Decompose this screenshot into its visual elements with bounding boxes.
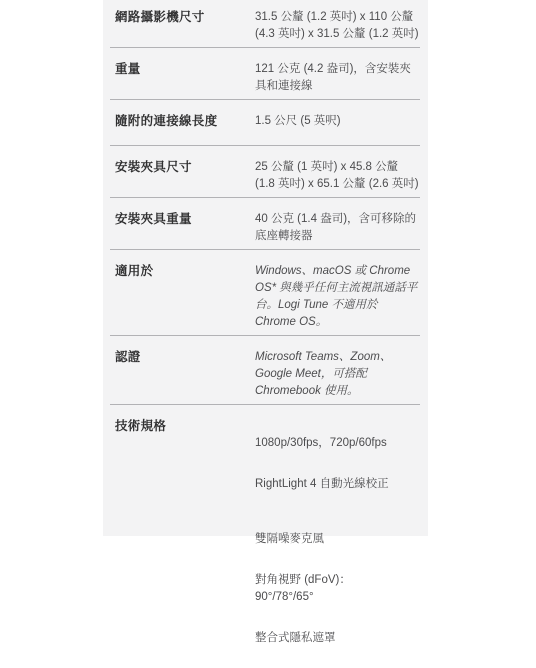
spec-row-webcam-dimensions: 網路攝影機尺寸 31.5 公釐 (1.2 英吋) x 110 公釐 (4.3 英… xyxy=(110,0,420,48)
spec-row-mounting-clip-weight: 安裝夾具重量 40 公克 (1.4 盎司)，含可移除的底座轉接器 xyxy=(110,198,420,250)
spec-value: 31.5 公釐 (1.2 英吋) x 110 公釐 (4.3 英吋) x 31.… xyxy=(255,9,420,43)
spec-table: 網路攝影機尺寸 31.5 公釐 (1.2 英吋) x 110 公釐 (4.3 英… xyxy=(103,0,428,536)
spec-value: 25 公釐 (1 英吋) x 45.8 公釐 (1.8 英吋) x 65.1 公… xyxy=(255,159,420,193)
spec-label: 隨附的連接線長度 xyxy=(110,113,255,130)
spec-label: 認證 xyxy=(110,349,255,366)
spec-value: 121 公克 (4.2 盎司)，含安裝夾具和連接線 xyxy=(255,61,420,95)
spec-label: 安裝夾具尺寸 xyxy=(110,159,255,176)
spec-row-mounting-clip-dimensions: 安裝夾具尺寸 25 公釐 (1 英吋) x 45.8 公釐 (1.8 英吋) x… xyxy=(110,146,420,198)
spec-label: 安裝夾具重量 xyxy=(110,211,255,228)
spec-label: 技術規格 xyxy=(110,418,255,435)
spec-paragraph-resolution: 1080p/30fps，720p/60fps xyxy=(255,435,420,452)
spec-value: Microsoft Teams、Zoom、Google Meet，可搭配 Chr… xyxy=(255,349,420,400)
spec-value: Windows、macOS 或 Chrome OS* 與幾乎任何主流視訊通話平台… xyxy=(255,263,420,331)
spec-paragraph-microphones: 雙隔噪麥克風 xyxy=(255,531,420,536)
spec-row-weight: 重量 121 公克 (4.2 盎司)，含安裝夾具和連接線 xyxy=(110,48,420,100)
spec-value: 1.5 公尺 (5 英呎) xyxy=(255,113,420,130)
spec-label: 網路攝影機尺寸 xyxy=(110,9,255,26)
spec-value: 1080p/30fps，720p/60fps RightLight 4 自動光線… xyxy=(255,418,420,536)
spec-label: 適用於 xyxy=(110,263,255,280)
spec-row-technical-specs: 技術規格 1080p/30fps，720p/60fps RightLight 4… xyxy=(110,405,420,536)
spec-row-cable-length: 隨附的連接線長度 1.5 公尺 (5 英呎) xyxy=(110,100,420,146)
spec-label: 重量 xyxy=(110,61,255,78)
spec-paragraph-rightlight: RightLight 4 自動光線校正 xyxy=(255,476,420,493)
spec-row-certifications: 認證 Microsoft Teams、Zoom、Google Meet，可搭配 … xyxy=(110,336,420,405)
spec-value: 40 公克 (1.4 盎司)，含可移除的底座轉接器 xyxy=(255,211,420,245)
spec-row-compatibility: 適用於 Windows、macOS 或 Chrome OS* 與幾乎任何主流視訊… xyxy=(110,250,420,336)
